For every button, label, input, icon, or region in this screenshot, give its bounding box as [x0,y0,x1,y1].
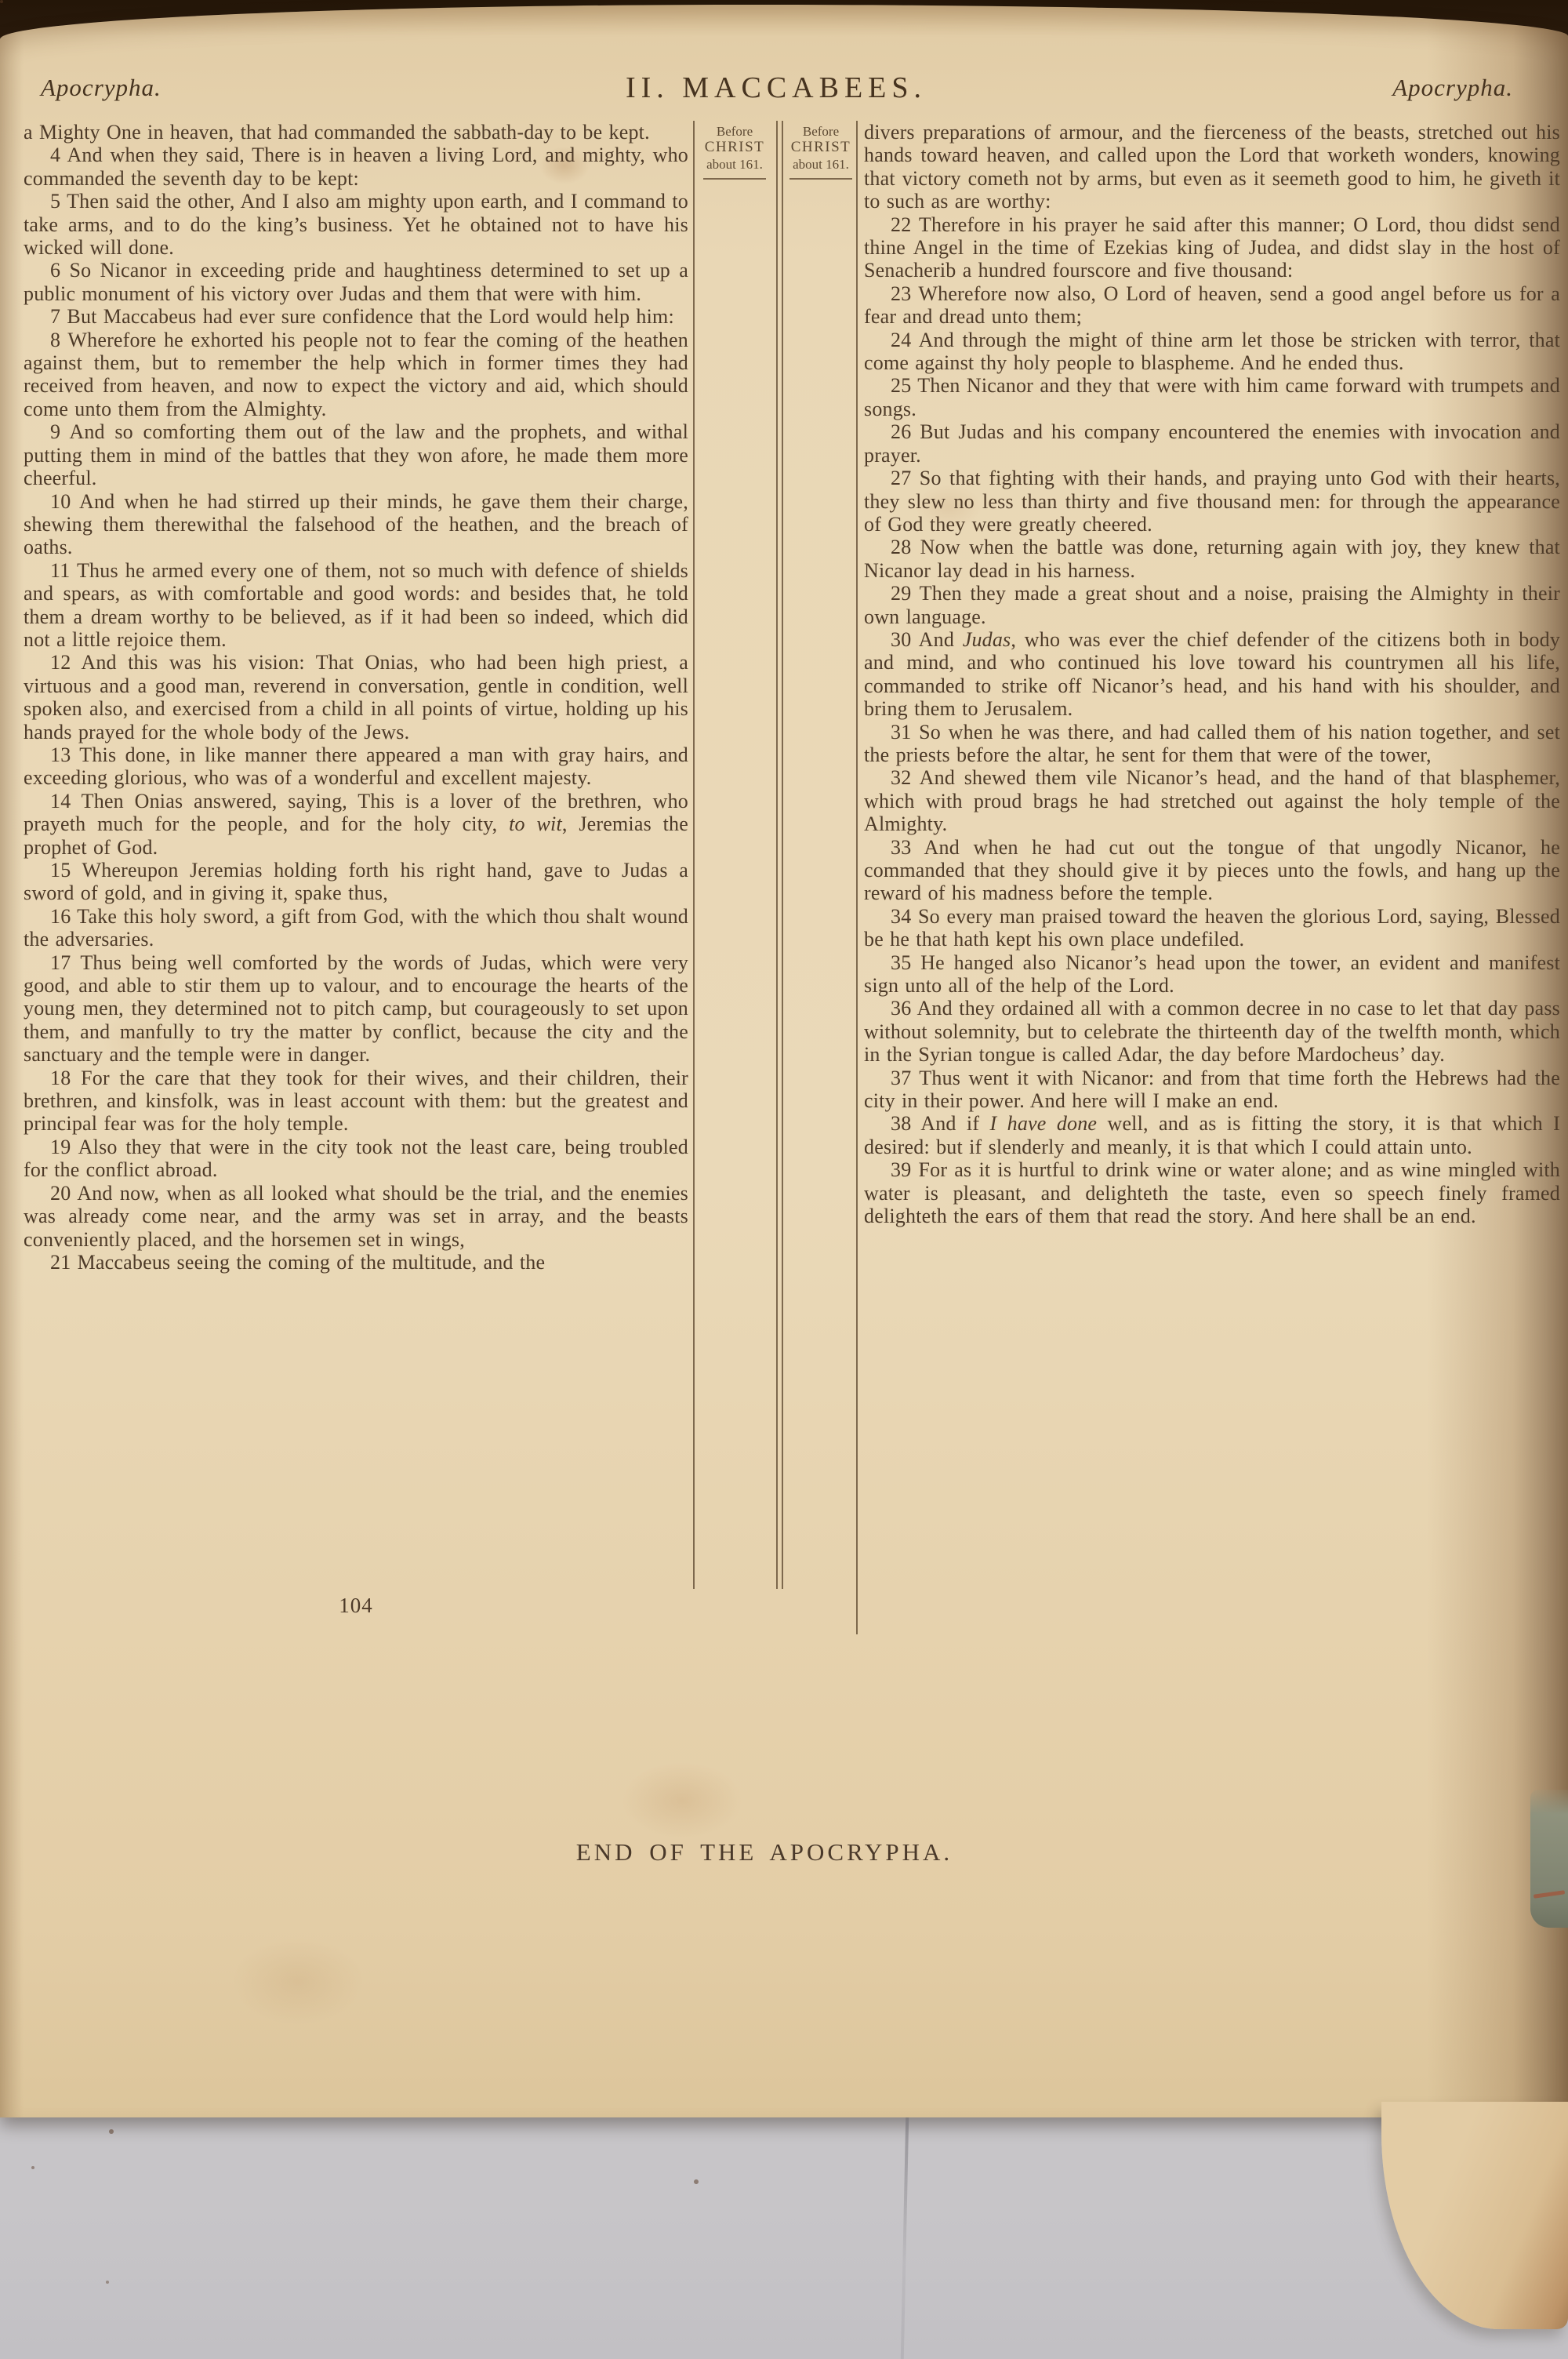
italic-phrase: I have done [990,1112,1098,1135]
verse-text: 36 And they ordained all with a common d… [864,997,1560,1066]
verse-paragraph: 25 Then Nicanor and they that were with … [864,374,1560,420]
running-title-right: Apocrypha. [1392,74,1513,102]
verse-paragraph: 24 And through the might of thine arm le… [864,329,1560,375]
book-title: II. MACCABEES. [0,71,1552,105]
verse-text: 33 And when he had cut out the tongue of… [864,836,1560,905]
book-page: Apocrypha. II. MACCABEES. Apocrypha. a M… [0,5,1568,2117]
verse-text: 12 And this was his vision: That Onias, … [24,651,688,743]
italic-phrase: to wit [509,812,562,835]
column-rule [776,121,778,1589]
verse-paragraph: 12 And this was his vision: That Onias, … [24,651,688,743]
verse-text: 38 And if [891,1112,990,1135]
verse-text: 25 Then Nicanor and they that were with … [864,374,1560,420]
verse-text: 28 Now when the battle was done, returni… [864,536,1560,581]
verse-text: 39 For as it is hurtful to drink wine or… [864,1158,1560,1227]
verse-text: 13 This done, in like manner there appea… [24,743,688,789]
verse-paragraph: 31 So when he was there, and had called … [864,721,1560,767]
verse-text: 5 Then said the other, And I also am mig… [24,190,688,259]
verse-text: 30 And [891,628,963,651]
verse-paragraph: 13 This done, in like manner there appea… [24,743,688,790]
verse-text: 35 He hanged also Nicanor’s head upon th… [864,951,1560,997]
verse-text: 32 And shewed them vile Nicanor’s head, … [864,766,1560,835]
verse-text: 15 Whereupon Jeremias holding forth his … [24,859,688,904]
column-rule [782,121,783,1589]
verse-paragraph: a Mighty One in heaven, that had command… [24,121,688,144]
page-corner-curl [1381,2102,1568,2329]
marginal-note-chronology: Before CHRIST about 161. [784,124,858,180]
verse-paragraph: 5 Then said the other, And I also am mig… [24,190,688,259]
verse-text: 4 And when they said, There is in heaven… [24,144,688,189]
note-line: about 161. [784,156,858,173]
note-rule [703,178,767,180]
note-line: CHRIST [784,139,858,156]
verse-paragraph: divers preparations of armour, and the f… [864,121,1560,213]
verse-paragraph: 15 Whereupon Jeremias holding forth his … [24,859,688,905]
verse-paragraph: 10 And when he had stirred up their mind… [24,490,688,559]
note-line: about 161. [698,156,771,173]
verse-text: divers preparations of armour, and the f… [864,121,1560,213]
verse-paragraph: 8 Wherefore he exhorted his people not t… [24,329,688,421]
verse-text: 23 Wherefore now also, O Lord of heaven,… [864,282,1560,328]
verse-paragraph: 7 But Maccabeus had ever sure confidence… [24,305,688,328]
verse-paragraph: 17 Thus being well comforted by the word… [24,951,688,1067]
verse-text: 9 And so comforting them out of the law … [24,420,688,489]
italic-phrase: Judas [963,628,1011,651]
column-rule [693,121,695,1589]
verse-text: 31 So when he was there, and had called … [864,721,1560,766]
verse-paragraph: 32 And shewed them vile Nicanor’s head, … [864,766,1560,835]
verse-paragraph: 20 And now, when as all looked what shou… [24,1182,688,1251]
marginal-note-chronology: Before CHRIST about 161. [698,124,771,180]
verse-text: 19 Also they that were in the city took … [24,1136,688,1181]
verse-paragraph: 11 Thus he armed every one of them, not … [24,559,688,652]
page-number: 104 [24,1594,688,1618]
scripture-column-left: a Mighty One in heaven, that had command… [24,121,688,1274]
verse-text: 11 Thus he armed every one of them, not … [24,559,688,651]
verse-paragraph: 4 And when they said, There is in heaven… [24,144,688,190]
verse-text: 18 For the care that they took for their… [24,1067,688,1136]
verse-text: 24 And through the might of thine arm le… [864,329,1560,374]
verse-paragraph: 6 So Nicanor in exceeding pride and haug… [24,259,688,305]
verse-paragraph: 26 But Judas and his company encountered… [864,420,1560,467]
verse-paragraph: 27 So that fighting with their hands, an… [864,467,1560,536]
column-rule [856,121,858,1634]
verse-paragraph: 37 Thus went it with Nicanor: and from t… [864,1067,1560,1113]
note-line: CHRIST [698,139,771,156]
verse-paragraph: 28 Now when the battle was done, returni… [864,536,1560,582]
book-cover-edge [1530,1790,1568,1928]
verse-paragraph: 14 Then Onias answered, saying, This is … [24,790,688,859]
verse-paragraph: 34 So every man praised toward the heave… [864,905,1560,951]
verse-text: 26 But Judas and his company encountered… [864,420,1560,466]
verse-text: 22 Therefore in his prayer he said after… [864,213,1560,282]
verse-paragraph: 29 Then they made a great shout and a no… [864,582,1560,628]
verse-paragraph: 30 And Judas, who was ever the chief def… [864,628,1560,721]
verse-paragraph: 9 And so comforting them out of the law … [24,420,688,489]
verse-paragraph: 16 Take this holy sword, a gift from God… [24,905,688,951]
verse-paragraph: 22 Therefore in his prayer he said after… [864,213,1560,282]
verse-paragraph: 18 For the care that they took for their… [24,1067,688,1136]
end-of-apocrypha-label: END OF THE APOCRYPHA. [0,1838,1529,1866]
verse-paragraph: 21 Maccabeus seeing the coming of the mu… [24,1251,688,1274]
note-rule [789,178,853,180]
verse-text: 17 Thus being well comforted by the word… [24,951,688,1067]
paper-crease [901,2117,909,2359]
verse-text: 16 Take this holy sword, a gift from God… [24,905,688,951]
verse-text: 34 So every man praised toward the heave… [864,905,1560,951]
verse-text: 29 Then they made a great shout and a no… [864,582,1560,627]
verse-paragraph: 35 He hanged also Nicanor’s head upon th… [864,951,1560,998]
verse-paragraph: 39 For as it is hurtful to drink wine or… [864,1158,1560,1227]
photo-backdrop: Apocrypha. II. MACCABEES. Apocrypha. a M… [0,0,1568,2359]
verse-text: 8 Wherefore he exhorted his people not t… [24,329,688,420]
verse-paragraph: 38 And if I have done well, and as is fi… [864,1112,1560,1158]
verse-text: 27 So that fighting with their hands, an… [864,467,1560,536]
note-line: Before [698,124,771,139]
paper-specks [0,0,3,3]
verse-text: 10 And when he had stirred up their mind… [24,490,688,559]
verse-paragraph: 33 And when he had cut out the tongue of… [864,836,1560,905]
verse-text: 37 Thus went it with Nicanor: and from t… [864,1067,1560,1112]
verse-paragraph: 19 Also they that were in the city took … [24,1136,688,1182]
verse-text: 6 So Nicanor in exceeding pride and haug… [24,259,688,304]
verse-paragraph: 23 Wherefore now also, O Lord of heaven,… [864,282,1560,329]
scripture-column-right: divers preparations of armour, and the f… [864,121,1560,1228]
verse-text: 7 But Maccabeus had ever sure confidence… [50,305,674,328]
verse-text: a Mighty One in heaven, that had command… [24,121,650,144]
verse-paragraph: 36 And they ordained all with a common d… [864,997,1560,1066]
verse-text: 21 Maccabeus seeing the coming of the mu… [50,1251,545,1274]
note-line: Before [784,124,858,139]
verse-text: 20 And now, when as all looked what shou… [24,1182,688,1251]
